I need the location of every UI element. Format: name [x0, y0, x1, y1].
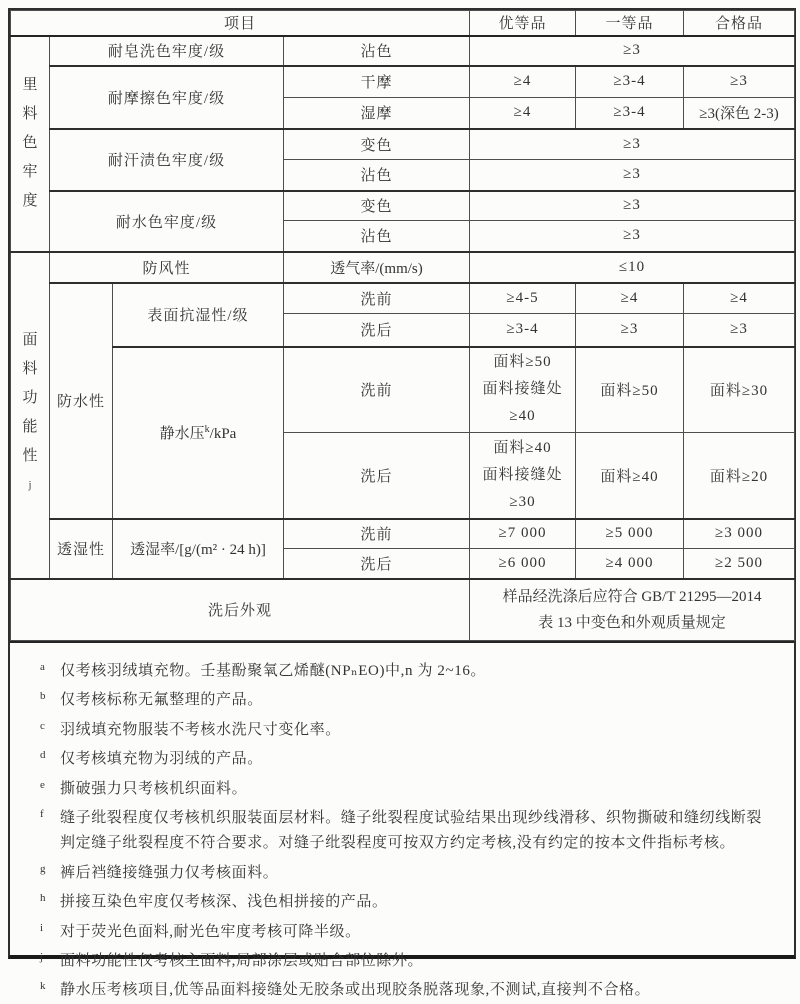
windproof-value: ≤10 [470, 252, 795, 283]
header-row: 项目 优等品 一等品 合格品 [11, 11, 795, 36]
footnote-i-text: 对于荧光色面料,耐光色牢度考核可降半级。 [60, 924, 361, 940]
footnote-e-text: 撕破强力只考核机织面料。 [60, 781, 247, 797]
rub-dry-qualified: ≥3 [684, 66, 795, 98]
row-water-change: 耐水色牢度/级 变色 ≥3 [11, 191, 795, 221]
sweat-name: 耐汗渍色牢度/级 [50, 129, 284, 191]
surface-before-qualified: ≥4 [684, 283, 795, 314]
footnote-h-text: 拼接互染色牢度仅考核深、浅色相拼接的产品。 [60, 894, 388, 910]
soap-wash-value: ≥3 [470, 36, 795, 66]
footnote-i: i对于荧光色面料,耐光色牢度考核可降半级。 [40, 916, 776, 945]
appearance-name: 洗后外观 [11, 579, 470, 641]
sweat-stain-cond: 沾色 [284, 160, 470, 191]
footnote-a: a仅考核羽绒填充物。壬基酚聚氧乙烯醚(NPₙEO)中,n 为 2~16。 [40, 655, 776, 684]
surface-before-first: ≥4 [576, 283, 684, 314]
standards-table: 项目 优等品 一等品 合格品 里料色牢度 耐皂洗色牢度/级 沾色 ≥3 耐摩擦色… [10, 10, 795, 641]
row-moisture-before: 透湿性 透湿率/[g/(m² · 24 h)] 洗前 ≥7 000 ≥5 000… [11, 519, 795, 549]
row-windproof: 面料功能性j 防风性 透气率/(mm/s) ≤10 [11, 252, 795, 283]
water-change-cond: 变色 [284, 191, 470, 221]
footnote-f-mark: f [40, 802, 60, 827]
footnote-j: j面料功能性仅考核主面料,局部涂层或贴合部位除外。 [40, 945, 776, 974]
rub-wet-premium: ≥4 [470, 98, 576, 129]
water-stain-value: ≥3 [470, 221, 795, 252]
footnote-j-mark: j [40, 945, 60, 970]
header-first-grade: 一等品 [576, 11, 684, 36]
fabric-footnote-mark: j [29, 480, 32, 491]
moisture-before-qualified: ≥3 000 [684, 519, 795, 549]
surface-after-cond: 洗后 [284, 314, 470, 347]
sweat-change-cond: 变色 [284, 129, 470, 160]
rub-wet-qualified: ≥3(深色 2-3) [684, 98, 795, 129]
hydro-after-first: 面料≥40 [576, 433, 684, 519]
footnote-b-text: 仅考核标称无氟整理的产品。 [60, 692, 263, 708]
row-soap-wash: 里料色牢度 耐皂洗色牢度/级 沾色 ≥3 [11, 36, 795, 66]
windproof-name: 防风性 [50, 252, 284, 283]
footnote-h-mark: h [40, 886, 60, 911]
footnote-j-text: 面料功能性仅考核主面料,局部涂层或贴合部位除外。 [60, 953, 423, 969]
footnote-c-text: 羽绒填充物服装不考核水洗尺寸变化率。 [60, 722, 341, 738]
rub-dry-cond: 干摩 [284, 66, 470, 98]
header-premium-grade: 优等品 [470, 11, 576, 36]
moisture-before-first: ≥5 000 [576, 519, 684, 549]
footnote-g-mark: g [40, 857, 60, 882]
footnote-a-mark: a [40, 655, 60, 680]
footnote-a-text: 仅考核羽绒填充物。壬基酚聚氧乙烯醚(NPₙEO)中,n 为 2~16。 [60, 663, 486, 679]
moisture-after-first: ≥4 000 [576, 549, 684, 579]
hydro-after-cond: 洗后 [284, 433, 470, 519]
footnote-d-mark: d [40, 743, 60, 768]
group-fabric-label: 面料功能性j [22, 326, 39, 505]
moisture-before-premium: ≥7 000 [470, 519, 576, 549]
footnote-c-mark: c [40, 714, 60, 739]
moisture-name: 透湿性 [50, 519, 113, 579]
water-stain-cond: 沾色 [284, 221, 470, 252]
moisture-after-qualified: ≥2 500 [684, 549, 795, 579]
row-rub-dry: 耐摩擦色牢度/级 干摩 ≥4 ≥3-4 ≥3 [11, 66, 795, 98]
moisture-after-premium: ≥6 000 [470, 549, 576, 579]
footnote-k: k静水压考核项目,优等品面料接缝处无胶条或出现胶条脱落现象,不测试,直接判不合格… [40, 974, 776, 1003]
footnote-k-mark: k [40, 974, 60, 999]
footnote-e-mark: e [40, 773, 60, 798]
footnote-d: d仅考核填充物为羽绒的产品。 [40, 743, 776, 772]
hydro-after-qualified: 面料≥20 [684, 433, 795, 519]
footnote-f: f缝子纰裂程度仅考核机织服装面层材料。缝子纰裂程度试验结果出现纱线滑移、织物撕破… [40, 802, 776, 857]
row-appearance: 洗后外观 样品经洗涤后应符合 GB/T 21295—2014 表 13 中变色和… [11, 579, 795, 641]
footnote-e: e撕破强力只考核机织面料。 [40, 773, 776, 802]
surface-before-premium: ≥4-5 [470, 283, 576, 314]
footnotes-block: a仅考核羽绒填充物。壬基酚聚氧乙烯醚(NPₙEO)中,n 为 2~16。 b仅考… [10, 641, 794, 955]
footnote-g: g裤后裆缝接缝强力仅考核面料。 [40, 857, 776, 886]
header-item: 项目 [11, 11, 470, 36]
moisture-before-cond: 洗前 [284, 519, 470, 549]
soap-wash-cond: 沾色 [284, 36, 470, 66]
footnote-b-mark: b [40, 684, 60, 709]
group-lining-colorfastness: 里料色牢度 [11, 36, 50, 252]
hydro-after-premium: 面料≥40 面料接缝处 ≥30 [470, 433, 576, 519]
hydro-before-first: 面料≥50 [576, 347, 684, 433]
group-fabric-function: 面料功能性j [11, 252, 50, 579]
group-lining-label: 里料色牢度 [22, 71, 39, 216]
rub-dry-first: ≥3-4 [576, 66, 684, 98]
surface-after-first: ≥3 [576, 314, 684, 347]
row-sweat-change: 耐汗渍色牢度/级 变色 ≥3 [11, 129, 795, 160]
header-qualified-grade: 合格品 [684, 11, 795, 36]
standards-sheet: 项目 优等品 一等品 合格品 里料色牢度 耐皂洗色牢度/级 沾色 ≥3 耐摩擦色… [8, 8, 796, 959]
hydro-before-cond: 洗前 [284, 347, 470, 433]
water-change-value: ≥3 [470, 191, 795, 221]
footnote-f-text: 缝子纰裂程度仅考核机织服装面层材料。缝子纰裂程度试验结果出现纱线滑移、织物撕破和… [60, 810, 762, 851]
footnote-b: b仅考核标称无氟整理的产品。 [40, 684, 776, 713]
sweat-change-value: ≥3 [470, 129, 795, 160]
windproof-cond: 透气率/(mm/s) [284, 252, 470, 283]
rub-name: 耐摩擦色牢度/级 [50, 66, 284, 129]
footnote-k-text: 静水压考核项目,优等品面料接缝处无胶条或出现胶条脱落现象,不测试,直接判不合格。 [60, 982, 650, 998]
footnote-c: c羽绒填充物服装不考核水洗尺寸变化率。 [40, 714, 776, 743]
water-name: 耐水色牢度/级 [50, 191, 284, 252]
row-surface-before: 防水性 表面抗湿性/级 洗前 ≥4-5 ≥4 ≥4 [11, 283, 795, 314]
footnote-g-text: 裤后裆缝接缝强力仅考核面料。 [60, 865, 278, 881]
appearance-value: 样品经洗涤后应符合 GB/T 21295—2014 表 13 中变色和外观质量规… [470, 579, 795, 641]
hydrostatic-name: 静水压k/kPa [113, 347, 284, 519]
moisture-after-cond: 洗后 [284, 549, 470, 579]
footnote-h: h拼接互染色牢度仅考核深、浅色相拼接的产品。 [40, 886, 776, 915]
surface-wetting-name: 表面抗湿性/级 [113, 283, 284, 347]
document-page: { "watermark": "SAC", "t": { "hdr": { "i… [0, 0, 800, 987]
rub-wet-cond: 湿摩 [284, 98, 470, 129]
waterproof-name: 防水性 [50, 283, 113, 519]
soap-wash-name: 耐皂洗色牢度/级 [50, 36, 284, 66]
rub-wet-first: ≥3-4 [576, 98, 684, 129]
footnote-i-mark: i [40, 916, 60, 941]
surface-after-premium: ≥3-4 [470, 314, 576, 347]
moisture-rate-name: 透湿率/[g/(m² · 24 h)] [113, 519, 284, 579]
surface-after-qualified: ≥3 [684, 314, 795, 347]
surface-before-cond: 洗前 [284, 283, 470, 314]
rub-dry-premium: ≥4 [470, 66, 576, 98]
sweat-stain-value: ≥3 [470, 160, 795, 191]
hydro-before-premium: 面料≥50 面料接缝处 ≥40 [470, 347, 576, 433]
footnote-d-text: 仅考核填充物为羽绒的产品。 [60, 751, 263, 767]
hydro-before-qualified: 面料≥30 [684, 347, 795, 433]
row-hydrostatic-before: 静水压k/kPa 洗前 面料≥50 面料接缝处 ≥40 面料≥50 面料≥30 [11, 347, 795, 433]
